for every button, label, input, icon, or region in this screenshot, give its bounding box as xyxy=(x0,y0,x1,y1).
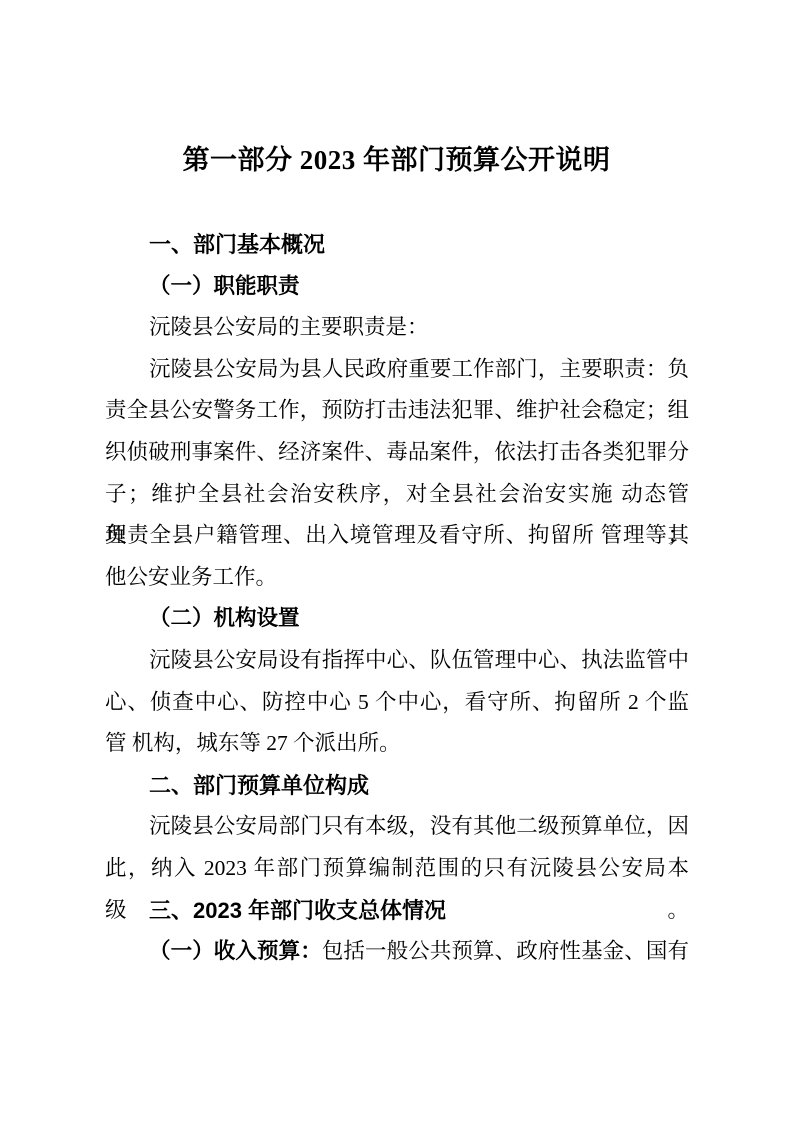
income-budget-text: 包括一般公共预算、政府性基金、国有 xyxy=(322,939,689,963)
paragraph-organization-line-3: 管 机构，城东等 27 个派出所。 xyxy=(105,723,689,765)
income-budget-label: （一）收入预算： xyxy=(149,939,322,963)
paragraph-duties-line-2: 责全县公安警务工作，预防打击违法犯罪、维护社会稳定；组 xyxy=(105,390,689,432)
paragraph-duties-line-4: 子；维护全县社会治安秩序，对全县社会治安实施 动态管理； xyxy=(105,474,689,516)
paragraph-duties-line-3: 织侦破刑事案件、经济案件、毒品案件，依法打击各类犯罪分 xyxy=(105,432,689,474)
paragraph-income-budget-line-1: （一）收入预算：包括一般公共预算、政府性基金、国有 xyxy=(105,931,689,973)
document-body: 一、部门基本概况 （一）职能职责 沅陵县公安局的主要职责是： 沅陵县公安局为县人… xyxy=(105,224,689,973)
paragraph-duties-intro: 沅陵县公安局的主要职责是： xyxy=(105,307,689,349)
heading-department-overview: 一、部门基本概况 xyxy=(105,224,689,266)
document-title: 第一部分 2023 年部门预算公开说明 xyxy=(0,138,793,182)
paragraph-duties-line-6: 他公安业务工作。 xyxy=(105,557,689,599)
paragraph-organization-line-1: 沅陵县公安局设有指挥中心、队伍管理中心、执法监管中 xyxy=(105,640,689,682)
heading-budget-units: 二、部门预算单位构成 xyxy=(105,765,689,807)
paragraph-duties-line-1: 沅陵县公安局为县人民政府重要工作部门，主要职责：负 xyxy=(105,349,689,391)
document-page: 第一部分 2023 年部门预算公开说明 一、部门基本概况 （一）职能职责 沅陵县… xyxy=(0,0,793,1122)
heading-duties: （一）职能职责 xyxy=(105,266,689,308)
heading-organization: （二）机构设置 xyxy=(105,598,689,640)
paragraph-budget-units-line-2: 此，纳入 2023 年部门预算编制范围的只有沅陵县公安局本级。 xyxy=(105,848,689,890)
paragraph-duties-line-5: 负责全县户籍管理、出入境管理及看守所、拘留所 管理等其 xyxy=(105,515,689,557)
paragraph-budget-units-line-1: 沅陵县公安局部门只有本级，没有其他二级预算单位，因 xyxy=(105,806,689,848)
paragraph-organization-line-2: 心、侦查中心、防控中心 5 个中心，看守所、拘留所 2 个监 xyxy=(105,682,689,724)
